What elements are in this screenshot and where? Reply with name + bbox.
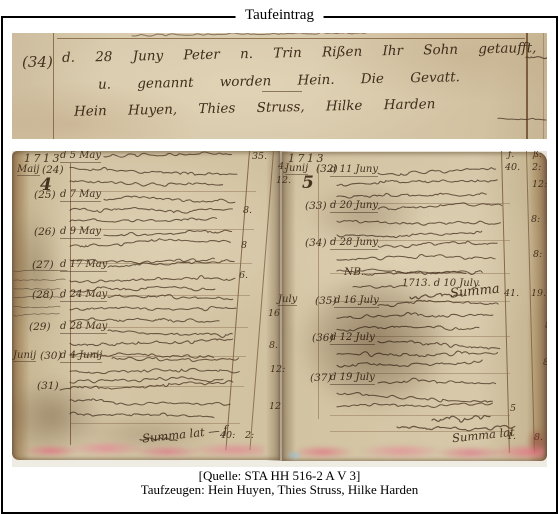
baptism-entry-crop-image: (34) d. 28 Juny Peter n. Trin Rißen Ihr … <box>12 33 547 139</box>
entry-number: (29) <box>29 322 51 333</box>
left-page-year: 1713 <box>24 153 62 164</box>
mid-summa-schilling: 19. <box>531 289 546 299</box>
left-summa-florin: 40: <box>220 431 235 441</box>
crop-entry-number: (34) <box>22 55 53 70</box>
caption-witnesses: Taufzeugen: Hein Huyen, Thies Struss, Hi… <box>0 483 559 497</box>
entry-number: (28) <box>32 290 54 301</box>
entry-amount: 8: <box>531 215 540 225</box>
left-page-month: Maij <box>17 165 40 176</box>
register-spread-image: 1713 Maij (24) 4 35. d 5 May 4. 12. (25)… <box>12 151 547 467</box>
entry-date: d 19 July <box>330 373 375 385</box>
bottom-summa-florin: 1. <box>507 432 516 442</box>
crop-line-2: u. genannt worden Hein. Die Gevatt. <box>98 71 460 92</box>
entry-number: (25) <box>34 190 56 201</box>
entry-amount: 8: <box>533 250 542 260</box>
left-page-latus: 35. <box>252 152 267 162</box>
entry-number: (37) <box>310 373 332 384</box>
entry-date: d 16 July <box>334 296 379 308</box>
entry-number: (31) <box>37 381 59 392</box>
entry-date: d 5 May <box>60 151 101 163</box>
entry-number: (30) <box>40 351 62 362</box>
entry-amount: 8. <box>243 206 252 216</box>
entry-amount: 12. <box>276 176 291 186</box>
left-summa-schilling: 2: <box>245 431 254 441</box>
entry-date: d 12 July <box>330 333 375 345</box>
entry-date: d 17 May <box>60 260 107 272</box>
left-page-marker: (24) <box>42 165 64 176</box>
entry-number: (27) <box>32 260 54 271</box>
column-header-schilling: ß: <box>533 151 542 160</box>
nb-note-prefix: NB. <box>344 267 364 278</box>
entry-number: (33) <box>305 201 327 212</box>
entry-amount: 8 <box>545 321 547 331</box>
entry-date: d 9 May <box>60 227 101 239</box>
crop-line-1: d. 28 Juny Peter n. Trin Rißen Ihr Sohn … <box>62 42 537 65</box>
ink-underline <box>262 91 302 92</box>
entry-date: d 24 May <box>60 290 107 302</box>
entry-amount: 5 <box>510 404 516 414</box>
right-page-latus-florin: 40. <box>505 163 520 173</box>
entry-month: July <box>278 295 297 306</box>
entry-date: d 28 Juny <box>330 238 378 250</box>
bottom-summa-schilling: 8. <box>534 433 543 443</box>
entry-amount: 12: <box>532 180 547 190</box>
entry-amount: 6. <box>239 271 248 281</box>
right-page-week-number: 5 <box>302 175 314 192</box>
entry-date: d 20 Juny <box>330 201 378 213</box>
entry-date: d 28 May <box>60 322 107 334</box>
entry-amount: 16 <box>268 309 280 319</box>
entry-number: (26) <box>34 227 56 238</box>
ruled-line <box>57 38 525 39</box>
caption-source: [Quelle: STA HH 516-2 A V 3] <box>0 469 559 483</box>
figure-title: Taufeintrag <box>235 7 324 24</box>
entry-date: d 11 Juny <box>330 165 378 177</box>
entry-amount: 12: <box>270 365 285 375</box>
binding-fold <box>266 151 296 461</box>
entry-amount: 8 <box>241 241 247 251</box>
entry-month: Junij <box>13 351 36 362</box>
crop-line-3: Hein Huyen, Thies Struss, Hilke Harden <box>74 98 436 119</box>
ruled-line <box>53 33 54 139</box>
figure-caption: [Quelle: STA HH 516-2 A V 3] Taufzeugen:… <box>0 469 559 497</box>
entry-amount: 8. <box>269 341 278 351</box>
ruled-line <box>330 415 510 416</box>
right-page-latus-schilling: 2: <box>532 163 541 173</box>
figure: Taufeintrag (34) d. 28 Juny Peter n. Tri… <box>0 0 559 514</box>
entry-amount: 12 <box>269 402 281 412</box>
ruled-line <box>70 386 244 387</box>
mid-summa-florin: 41. <box>504 289 519 299</box>
ruled-line <box>70 163 71 445</box>
entry-date: d 4 Junij <box>60 351 102 363</box>
entry-date: d 7 May <box>60 190 101 202</box>
ruled-line <box>543 33 544 139</box>
entry-number: (34) <box>305 238 327 249</box>
entry-amount: 8. <box>543 358 547 368</box>
column-header-florin: ƒ. <box>508 151 514 160</box>
